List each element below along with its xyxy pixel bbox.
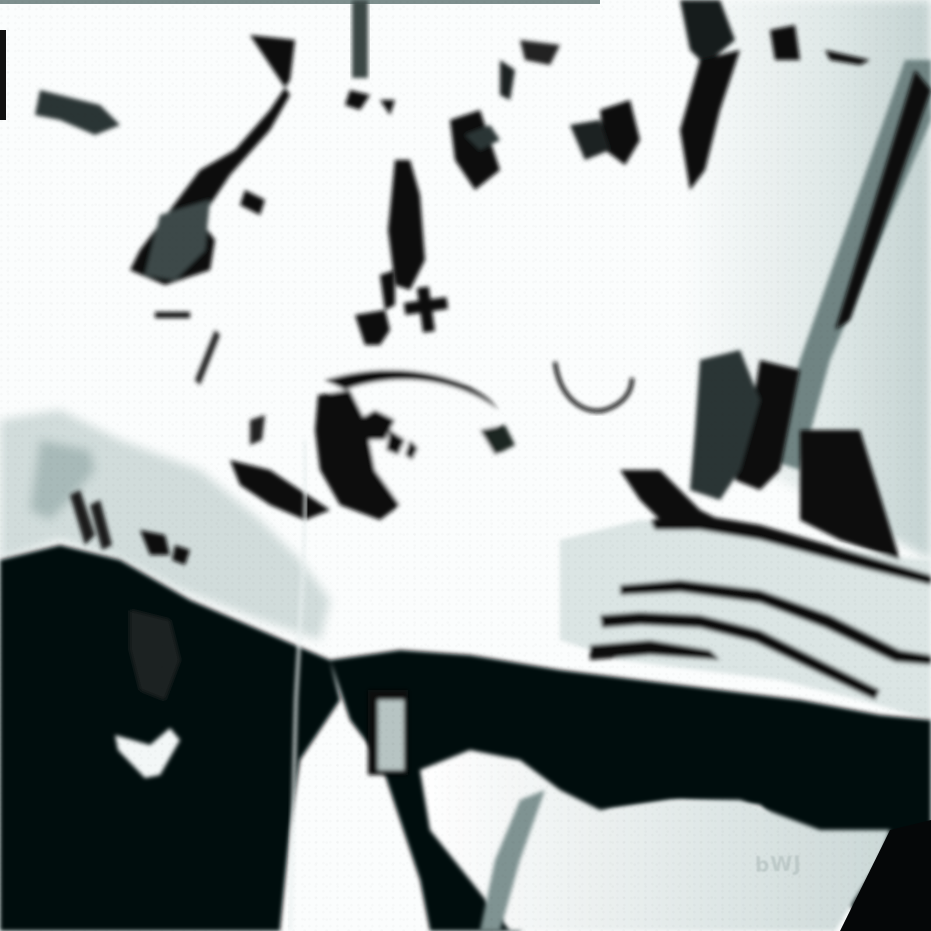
left-frame-post bbox=[0, 30, 6, 120]
background-pole bbox=[352, 0, 368, 78]
photograph: bWJ High-contrast black-and-white photog… bbox=[0, 0, 931, 931]
hanging-tag bbox=[368, 690, 408, 775]
frame-edge bbox=[0, 0, 600, 4]
faint-stamp-text: bWJ bbox=[755, 851, 803, 877]
photo-scene bbox=[0, 0, 931, 931]
